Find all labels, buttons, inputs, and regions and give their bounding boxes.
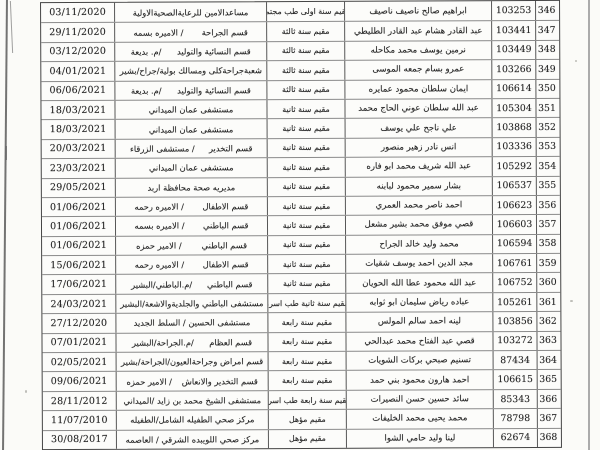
cell-status: مقيم سنة ثانية [266,100,344,119]
cell-department: مستشفى عمان الميداني [115,119,267,138]
cell-name: لينا وليد حامي الشوا [346,429,493,448]
cell-id-number: 106603 [492,215,536,234]
department-split: قسم الباطني/ الامير حمزه [116,240,267,251]
cell-status: مقيم سنة ثانية [267,139,345,158]
table-row: 17/06/2021قسم الباطني/م.الباطني/البشيرمق… [42,272,560,294]
cell-date: 01/06/2021 [42,236,115,255]
cell-id-number: 103336 [492,138,536,157]
department-split: قسم التخدير والانعاش/ الامير حمزه [117,376,268,387]
cell-row-number: 354 [536,157,558,175]
cell-id-number: 106615 [493,370,537,389]
cell-status: مقيم مؤهل [268,429,346,448]
cell-row-number: 359 [536,254,558,272]
scan-edge-line-left [2,0,8,450]
cell-id-number: 106594 [492,235,536,254]
cell-status: مقيم سنة اولى طب مجتمع [266,2,344,22]
department-hospital: / الامير حمزه [136,240,182,250]
cell-date: 04/01/2021 [41,62,114,81]
table-row: 18/03/2021مستشفى عمان الميدانيمقيم سنة ث… [41,98,559,120]
cell-name: ابراهيم صالح ناصيف ناصيف [344,1,491,21]
department-hospital: / الامير حمزه [126,376,172,386]
department-split: قسم التخدير/ مستشفى الزرقاء [116,143,267,154]
cell-row-number: 365 [537,370,559,388]
cell-date: 27/12/2020 [42,314,115,333]
cell-name: عمرو بسام جمعه الموسى [344,60,491,79]
cell-id-number: 103272 [492,332,536,351]
department-hospital: /م. بديعة [131,47,162,57]
cell-date: 01/06/2021 [42,198,115,217]
cell-date: 28/11/2012 [43,392,116,411]
cell-name: لينه احمد سالم المولس [345,312,492,331]
cell-row-number: 347 [535,21,557,39]
department-split: قسم الاطفال/ الاميره رحمه [116,201,267,212]
table-row: 06/06/2021قسم النسائية والتوليد/م. بديعة… [41,78,559,100]
cell-status: مقيم سنة ثانية [267,197,345,216]
cell-date: 15/06/2021 [42,256,115,275]
cell-date: 18/03/2021 [42,120,115,139]
cell-department: قسم الجراحة/ الاميره بسمه [114,23,266,42]
cell-date: 06/06/2021 [41,81,114,100]
cell-department: قسم التخدير والانعاش/ الامير حمزه [116,372,268,391]
table-row: 03/12/2020قسم النسائية والتوليد/م. بديعة… [41,40,559,62]
table-row: 20/03/2021قسم التخدير/ مستشفى الزرقاءمقي… [42,137,560,159]
cell-department: مديريه صحة محافظة اربد [115,178,267,197]
cell-date: 23/03/2021 [42,159,115,178]
table-row: 27/12/2020مستشفى الحسين / السلط الجديدمق… [42,311,560,333]
cell-id-number: 106761 [492,254,536,273]
cell-id-number: 105261 [492,293,536,312]
cell-id-number: 106752 [492,273,536,292]
department-hospital: / مستشفى الزرقاء [130,143,195,153]
department-split: قسم الباطني/ الاميره بسمه [116,221,267,232]
table-row: 30/08/2017مركز صحي اللويبده الشرقي / الع… [43,427,561,449]
table-row: 04/01/2021شعبةجراحةكلى ومسالك بولية/جراح… [41,59,559,81]
cell-id-number: 103441 [491,21,535,40]
department-split: قسم الجراحة/ الاميره بسمه [115,27,266,38]
cell-name: محمد وليد خالد الجراح [345,235,492,254]
table-row: 29/05/2021مديريه صحة محافظة اربدمقيم سنة… [42,175,560,197]
cell-name: محمد يحيى محمد الخليفات [346,409,493,428]
department-split: قسم الاطفال/ الاميره رحمه [116,259,267,270]
cell-name: مجد الدين احمد يوسف شقيات [345,254,492,273]
department-main: قسم التخدير [209,143,253,153]
department-main: قسم الباطني [203,221,248,231]
cell-row-number: 351 [535,99,557,117]
cell-name: عباده رياض سليمان ابو ثوابه [345,293,492,312]
table-row: 07/01/2021قسم العظام/م.الجراحة/البشيرمقي… [42,331,560,353]
cell-status: مقيم سنة ثانية [267,216,345,235]
cell-department: قسم الباطني/م.الباطني/البشير [115,275,267,294]
cell-row-number: 363 [536,332,558,350]
cell-status: مقيم سنة ثالثة [266,42,344,61]
cell-status: مقيم سنة رابعة [267,332,345,351]
cell-department: مستشفى الحسين / السلط الجديد [115,313,267,332]
cell-row-number: 353 [536,138,558,156]
department-hospital: /م.الباطني/البشير [131,279,192,289]
cell-row-number: 357 [536,215,558,233]
cell-department: مستشفى عمان الميداني [115,158,267,177]
cell-name: تسنيم صبحي بركات الشويات [346,351,493,370]
table-row: 03/11/2020مساعدالامين للرعايةالصحيةالاول… [41,1,559,23]
table-row: 29/11/2020قسم الجراحة/ الاميره بسمهمقيم … [41,20,559,42]
cell-id-number: 106537 [492,176,536,195]
department-main: قسم العظام [209,337,252,347]
residents-table: 03/11/2020مساعدالامين للرعايةالصحيةالاول… [40,0,562,450]
cell-id-number: 103868 [492,118,536,137]
cell-department: قسم النسائية والتوليد/م. بديعة [114,81,266,100]
cell-id-number: 103856 [492,312,536,331]
cell-row-number: 364 [537,351,559,369]
table-row: 01/06/2021قسم الباطني/ الاميره بسمهمقيم … [42,214,560,236]
cell-row-number: 368 [537,428,559,446]
department-split: قسم العظام/م.الجراحة/البشير [116,337,267,348]
cell-department: قسم النسائية والتوليد/م. بديعة [114,42,266,61]
cell-status: مقيم سنة ثالثة [266,80,344,99]
cell-department: مركز صحي الطفيله الشامل/الطفيله [116,410,268,429]
cell-status: مقيم سنة ثانية [267,119,345,138]
cell-row-number: 349 [535,60,557,78]
cell-id-number: 105292 [492,157,536,176]
department-main: قسم النسائية والتوليد [177,85,251,95]
cell-name: عبد القادر هشام عبد القادر الطليطي [344,22,491,41]
cell-id-number: 103253 [491,1,535,21]
department-split: قسم النسائية والتوليد/م. بديعة [115,85,266,96]
cell-row-number: 361 [536,293,558,311]
table-row: 28/11/2012مستشفى الشيخ محمد بن زايد /الم… [43,389,561,411]
department-hospital: / الاميره بسمه [133,27,183,37]
cell-row-number: 358 [536,235,558,253]
cell-row-number: 366 [537,390,559,408]
cell-id-number: 105304 [491,99,535,118]
cell-status: مقيم سنة ثالثة [266,22,344,41]
cell-name: علي ناجح علي يوسف [345,119,492,138]
scanned-document-page: 03/11/2020مساعدالامين للرعايةالصحيةالاول… [0,0,600,450]
cell-name: سائد حسين حسن النصيرات [346,390,493,409]
cell-id-number: 103266 [491,60,535,79]
department-main: قسم النسائية والتوليد [177,46,251,56]
cell-name: ايمان سلطان محمود عمايره [344,80,491,99]
cell-name: احمد هارون محمود بني حمد [346,371,493,390]
table-row: 23/03/2021مستشفى عمان الميدانيمقيم سنة ث… [42,156,560,178]
scan-speck [25,390,27,393]
cell-row-number: 362 [536,312,558,330]
cell-id-number: 78798 [493,409,537,428]
cell-department: قسم العظام/م.الجراحة/البشير [115,333,267,352]
cell-date: 01/06/2021 [42,217,115,236]
department-hospital: / الاميره بسمه [135,221,185,231]
cell-department: قسم الباطني/ الامير حمزه [115,236,267,255]
department-hospital: / الاميره رحمه [134,202,183,212]
cell-id-number: 106623 [492,196,536,215]
cell-department: مستشفى عمان الميداني [114,100,266,119]
cell-id-number: 103449 [491,41,535,60]
scan-edge-line-left-short [10,1,13,53]
department-main: قسم الجراحة [202,27,248,37]
cell-date: 24/03/2021 [42,295,115,314]
cell-name: قصي موفق محمد بشير مشعل [345,215,492,234]
department-main: قسم التخدير والانعاش [182,376,258,386]
cell-date: 07/01/2021 [42,333,115,352]
cell-row-number: 356 [536,196,558,214]
cell-id-number: 87434 [493,351,537,370]
cell-date: 09/06/2021 [43,372,116,391]
cell-status: مقيم سنة ثانية [267,255,345,274]
cell-name: عبد الله شريف محمد ابو فاره [345,157,492,176]
cell-name: احمد ناصر محمد العمري [345,196,492,215]
cell-status: مقيم سنة ثانية [267,158,345,177]
table-row: 09/06/2021قسم التخدير والانعاش/ الامير ح… [43,369,561,391]
table-row: 01/06/2021قسم الاطفال/ الاميره رحمهمقيم … [42,195,560,217]
cell-date: 20/03/2021 [42,140,115,159]
cell-department: مستشفى الباطني والجلديةوالاشعة/البشير [115,294,267,313]
scan-edge-tick [5,146,7,160]
cell-status: مقيم سنة رابعة طب اسره [268,391,346,410]
cell-date: 18/03/2021 [41,101,114,120]
cell-status: مقيم سنة رابعة [267,313,345,332]
cell-status: مقيم سنة ثالثة [266,61,344,80]
cell-department: قسم امراض وجراحةالعيون/الجراحة/بشير [116,352,268,371]
cell-name: نرمين يوسف محمد مكاحله [344,41,491,60]
cell-department: قسم الاطفال/ الاميره رحمه [115,255,267,274]
table-row: 24/03/2021مستشفى الباطني والجلديةوالاشعة… [42,292,560,314]
cell-name: عبد الله سلطان عوني الحاج محمد [344,99,491,118]
cell-date: 03/12/2020 [41,43,114,62]
department-main: قسم الباطني [207,279,252,289]
cell-date: 30/08/2017 [43,430,116,449]
department-hospital: /م.الجراحة/البشير [132,337,194,347]
cell-id-number: 85343 [493,390,537,409]
cell-department: مركز صحي اللويبده الشرقي / العاصمه [116,430,268,449]
cell-status: مقيم سنة ثانية [267,274,345,293]
cell-department: قسم الاطفال/ الاميره رحمه [115,197,267,216]
cell-date: 03/11/2020 [41,3,114,23]
department-hospital: / الاميره رحمه [135,260,184,270]
department-main: قسم الاطفال [203,259,249,269]
cell-row-number: 355 [536,176,558,194]
department-main: قسم الباطني [202,240,247,250]
cell-row-number: 360 [536,273,558,291]
cell-row-number: 367 [537,409,559,427]
cell-id-number: 62674 [493,429,537,448]
cell-department: قسم التخدير/ مستشفى الزرقاء [115,139,267,158]
scan-edge-line-right [588,0,590,450]
cell-row-number: 346 [535,1,557,20]
cell-date: 02/05/2021 [43,353,116,372]
cell-row-number: 348 [535,41,557,59]
table-row: 15/06/2021قسم الاطفال/ الاميره رحمهمقيم … [42,253,560,275]
cell-status: مقيم سنة رابعة [268,371,346,390]
cell-department: قسم الباطني/ الاميره بسمه [115,216,267,235]
cell-status: مقيم مؤهل [268,410,346,429]
cell-row-number: 350 [535,79,557,97]
cell-name: عبد الله محمود عطا الله الحويان [345,274,492,293]
cell-id-number: 106614 [491,80,535,99]
cell-department: مستشفى الشيخ محمد بن زايد /الميداني [116,391,268,410]
cell-row-number: 352 [536,118,558,136]
scan-speck [575,60,577,62]
department-split: قسم النسائية والتوليد/م. بديعة [115,46,266,57]
department-split: قسم الباطني/م.الباطني/البشير [116,279,267,290]
table-row: 18/03/2021مستشفى عمان الميدانيمقيم سنة ث… [42,117,560,139]
cell-date: 17/06/2021 [42,275,115,294]
scan-speck [570,300,573,302]
cell-status: مقيم سنة ثانية طب اسره [267,294,345,313]
cell-department: شعبةجراحةكلى ومسالك بولية/جراح/بشير [114,61,266,80]
cell-name: قصي عبد الفتاح محمد عبدالحي [345,332,492,351]
table-row: 11/07/2010مركز صحي الطفيله الشامل/الطفيل… [43,408,561,430]
table-row: 01/06/2021قسم الباطني/ الامير حمزهمقيم س… [42,234,560,256]
cell-date: 29/05/2021 [42,178,115,197]
table-row: 02/05/2021قسم امراض وجراحةالعيون/الجراحة… [43,350,561,372]
department-hospital: /م. بديعة [131,85,162,95]
department-main: قسم الاطفال [202,201,248,211]
cell-date: 29/11/2020 [41,23,114,42]
cell-department: مساعدالامين للرعايةالصحيةالاولية [114,2,266,22]
cell-date: 11/07/2010 [43,411,116,430]
cell-status: مقيم سنة رابعة [268,352,346,371]
cell-status: مقيم سنة ثانية [267,177,345,196]
cell-status: مقيم سنة ثانية [267,235,345,254]
cell-name: انس نادر زهير منصور [345,138,492,157]
cell-name: بشار سمير محمود لبابنه [345,177,492,196]
